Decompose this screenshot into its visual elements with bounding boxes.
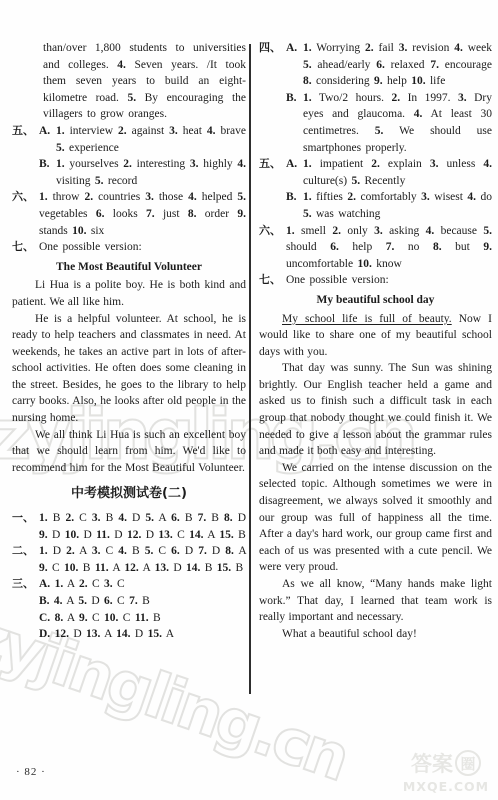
section-label: 四、 <box>259 40 286 57</box>
section-label: 一、 <box>12 510 39 527</box>
logo-text: 答案 <box>411 748 453 778</box>
section-label: 七、 <box>259 272 286 289</box>
subsection-label: B. <box>39 156 56 173</box>
answer-line: 1. B 2. C 3. B 4. D 5. A 6. B 7. B 8. D … <box>39 510 246 543</box>
essay-paragraph: We carried on the intense discussion on … <box>259 460 492 576</box>
essay-paragraph: Li Hua is a polite boy. He is both kind … <box>12 277 246 310</box>
essay-paragraph: He is a helpful volunteer. At school, he… <box>12 311 246 427</box>
essay-paragraph: We all think Li Hua is such an excellent… <box>12 427 246 477</box>
answer-section-5-right: 五、 A. 1. impatient 2. explain 3. unless … <box>259 156 492 222</box>
answer-line: A. 1. A 2. C 3. C <box>39 576 246 593</box>
answer-section-6-right: 六、 1. smell 2. only 3. asking 4. because… <box>259 223 492 273</box>
right-column: 四、 A. 1. Worrying 2. fail 3. revision 4.… <box>259 40 492 642</box>
subsection-label: B. <box>286 90 303 107</box>
continued-answer-text: than/over 1,800 students to universities… <box>43 40 246 123</box>
essay-paragraph: My school life is full of beauty. Now I … <box>259 311 492 361</box>
answer-section-7-right: 七、 One possible version: <box>259 272 492 289</box>
section-label: 六、 <box>259 223 286 240</box>
answer-line: 1. Worrying 2. fail 3. revision 4. week … <box>303 40 492 90</box>
essay-title: The Most Beautiful Volunteer <box>12 259 246 276</box>
essay-paragraph: That day was sunny. The Sun was shining … <box>259 360 492 460</box>
section-label: 三、 <box>12 576 39 593</box>
answer-section-2: 二、 1. D 2. A 3. C 4. B 5. C 6. D 7. D 8.… <box>12 543 246 576</box>
answer-section-1: 一、 1. B 2. C 3. B 4. D 5. A 6. B 7. B 8.… <box>12 510 246 543</box>
scanned-answer-page: zyjingling.cn zyjingling.cn than/over 1,… <box>0 0 498 800</box>
essay-paragraph: As we all know, “Many hands make light w… <box>259 576 492 626</box>
section-label: 七、 <box>12 239 39 256</box>
answer-line: 1. impatient 2. explain 3. unless 4. cul… <box>303 156 492 189</box>
answer-section-7: 七、 One possible version: <box>12 239 246 256</box>
subsection-label: A. <box>286 40 303 57</box>
subsection-label: A. <box>39 123 56 140</box>
answer-subsection-b: B. 1. Two/2 hours. 2. In 1997. 3. Dry ey… <box>286 90 492 156</box>
answer-line: C. 8. A 9. C 10. C 11. B <box>39 610 246 627</box>
page-number: · 82 · <box>16 766 46 778</box>
section-label: 六、 <box>12 189 39 206</box>
subsection-label: A. <box>286 156 303 173</box>
left-column: than/over 1,800 students to universities… <box>12 40 246 643</box>
answer-line: D. 12. D 13. A 14. D 15. A <box>39 626 246 643</box>
answer-section-6: 六、 1. throw 2. countries 3. those 4. hel… <box>12 189 246 239</box>
answer-line: 1. Two/2 hours. 2. In 1997. 3. Dry eyes … <box>303 90 492 156</box>
essay-paragraph: What a beautiful school day! <box>259 626 492 643</box>
subsection-label: B. <box>286 189 303 206</box>
column-divider <box>249 44 251 694</box>
answer-subsection-b: B. 1. fifties 2. comfortably 3. wisest 4… <box>286 189 492 222</box>
answer-site-logo: 答案 圈 MXQE.COM <box>396 748 496 794</box>
section-label: 二、 <box>12 543 39 560</box>
answer-line: 1. interview 2. against 3. heat 4. brave… <box>56 123 246 156</box>
logo-circle-glyph: 圈 <box>455 750 481 776</box>
version-note: One possible version: <box>286 272 492 289</box>
exam-paper-heading: 中考模拟测试卷(二) <box>12 486 246 503</box>
answer-subsection-a: A. 1. interview 2. against 3. heat 4. br… <box>39 123 246 156</box>
essay-title: My beautiful school day <box>259 292 492 309</box>
answer-section-3: 三、 A. 1. A 2. C 3. C B. 4. A 5. D 6. C 7… <box>12 576 246 642</box>
essay-school-day: My beautiful school day My school life i… <box>259 292 492 642</box>
answer-line: 1. D 2. A 3. C 4. B 5. C 6. D 7. D 8. A … <box>39 543 246 576</box>
logo-site-url: MXQE.COM <box>396 779 496 794</box>
answer-subsection-b: B. 1. yourselves 2. interesting 3. highl… <box>39 156 246 189</box>
answer-section-4: 四、 A. 1. Worrying 2. fail 3. revision 4.… <box>259 40 492 156</box>
answer-subsection-a: A. 1. Worrying 2. fail 3. revision 4. we… <box>286 40 492 90</box>
answer-line: B. 4. A 5. D 6. C 7. B <box>39 593 246 610</box>
answer-line: 1. yourselves 2. interesting 3. highly 4… <box>56 156 246 189</box>
answer-section-5: 五、 A. 1. interview 2. against 3. heat 4.… <box>12 123 246 189</box>
section-label: 五、 <box>259 156 286 173</box>
answer-subsection-a: A. 1. impatient 2. explain 3. unless 4. … <box>286 156 492 189</box>
essay-volunteer: The Most Beautiful Volunteer Li Hua is a… <box>12 259 246 477</box>
answer-line: 1. smell 2. only 3. asking 4. because 5.… <box>286 223 492 273</box>
version-note: One possible version: <box>39 239 246 256</box>
answer-line: 1. fifties 2. comfortably 3. wisest 4. d… <box>303 189 492 222</box>
answer-line: 1. throw 2. countries 3. those 4. helped… <box>39 189 246 239</box>
underlined-sentence: My school life is full of beauty. <box>282 313 452 325</box>
section-label: 五、 <box>12 123 39 140</box>
